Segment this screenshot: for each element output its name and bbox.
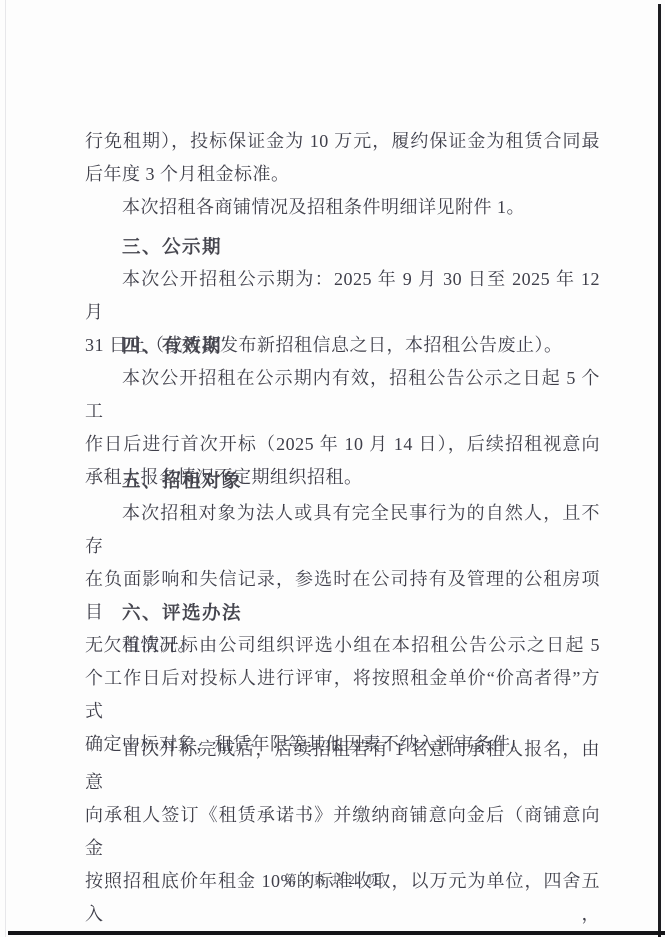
section-heading: 五、招租对象: [85, 464, 637, 497]
text-line: 后年度 3 个月租金标准。: [85, 158, 600, 191]
scanned-document-page: 行免租期），投标保证金为 10 万元，履约保证金为租赁合同最后年度 3 个月租金…: [0, 0, 665, 937]
text-line: 向承租人签订《租赁承诺书》并缴纳商铺意向金后（商铺意向金: [85, 799, 600, 865]
text-line: 首次开标完成后，后续招租若有 1 名意向承租人报名，由意: [85, 733, 600, 799]
text-line: 本次招租各商铺情况及招租条件明细详见附件 1。: [85, 191, 600, 224]
scan-edge-bottom-line: [8, 931, 665, 935]
text-line: 本次公开招租公示期为：2025 年 9 月 30 日至 2025 年 12 月: [85, 263, 600, 329]
paragraph: 首次开标完成后，后续招租若有 1 名意向承租人报名，由意向承租人签订《租赁承诺书…: [85, 733, 600, 931]
text-line: 个工作日后对投标人进行评审，将按照租金单价“价高者得”方式: [85, 662, 600, 728]
page-number-footer: 第 3 页 共 21 页: [0, 871, 665, 889]
text-line: 作日后进行首次开标（2025 年 10 月 14 日），后续招租视意向: [85, 428, 600, 461]
section-heading: 三、公示期: [85, 230, 637, 263]
text-line: 本次公开招租在公示期内有效，招租公告公示之日起 5 个工: [85, 362, 600, 428]
scan-edge-right-line: [658, 4, 661, 937]
scan-edge-left-line: [5, 0, 6, 937]
text-line: 本次招租对象为法人或具有完全民事行为的自然人，且不存: [85, 497, 600, 563]
paragraph: 行免租期），投标保证金为 10 万元，履约保证金为租赁合同最后年度 3 个月租金…: [85, 125, 600, 224]
text-line: 首次开标由公司组织评选小组在本招租公告公示之日起 5: [85, 629, 600, 662]
section-heading: 六、评选办法: [85, 596, 637, 629]
section-heading: 四、有效期: [85, 329, 637, 362]
text-line: 行免租期），投标保证金为 10 万元，履约保证金为租赁合同最: [85, 125, 600, 158]
